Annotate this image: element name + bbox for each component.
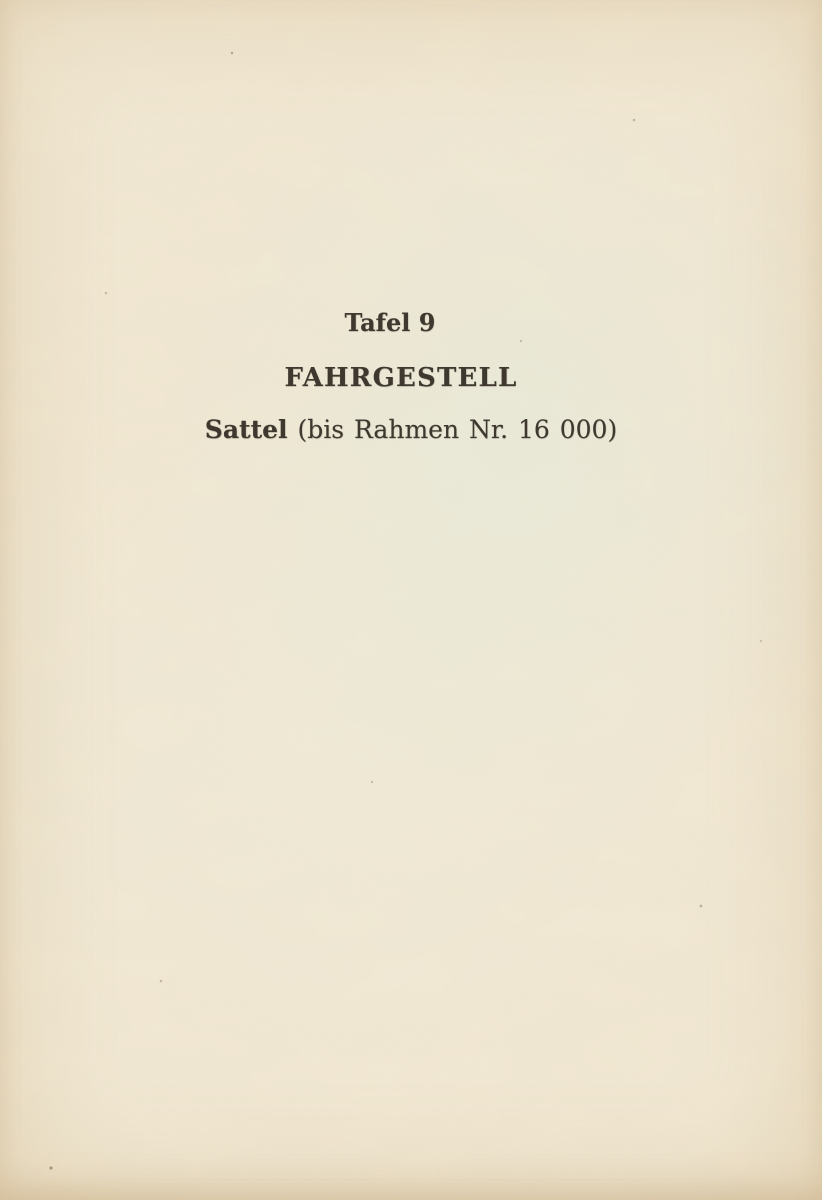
subtitle-rest: (bis Rahmen Nr. 16 000) — [288, 415, 618, 444]
subtitle: Sattel (bis Rahmen Nr. 16 000) — [0, 414, 822, 445]
subtitle-bold: Sattel — [205, 415, 288, 444]
scanned-page: Tafel 9 FAHRGESTELL Sattel (bis Rahmen N… — [0, 0, 822, 1200]
page-vignette — [0, 0, 822, 1200]
paper-texture — [0, 0, 822, 1200]
section-title: FAHRGESTELL — [0, 362, 812, 395]
plate-label: Tafel 9 — [0, 308, 801, 338]
paper-specks — [0, 0, 2, 2]
